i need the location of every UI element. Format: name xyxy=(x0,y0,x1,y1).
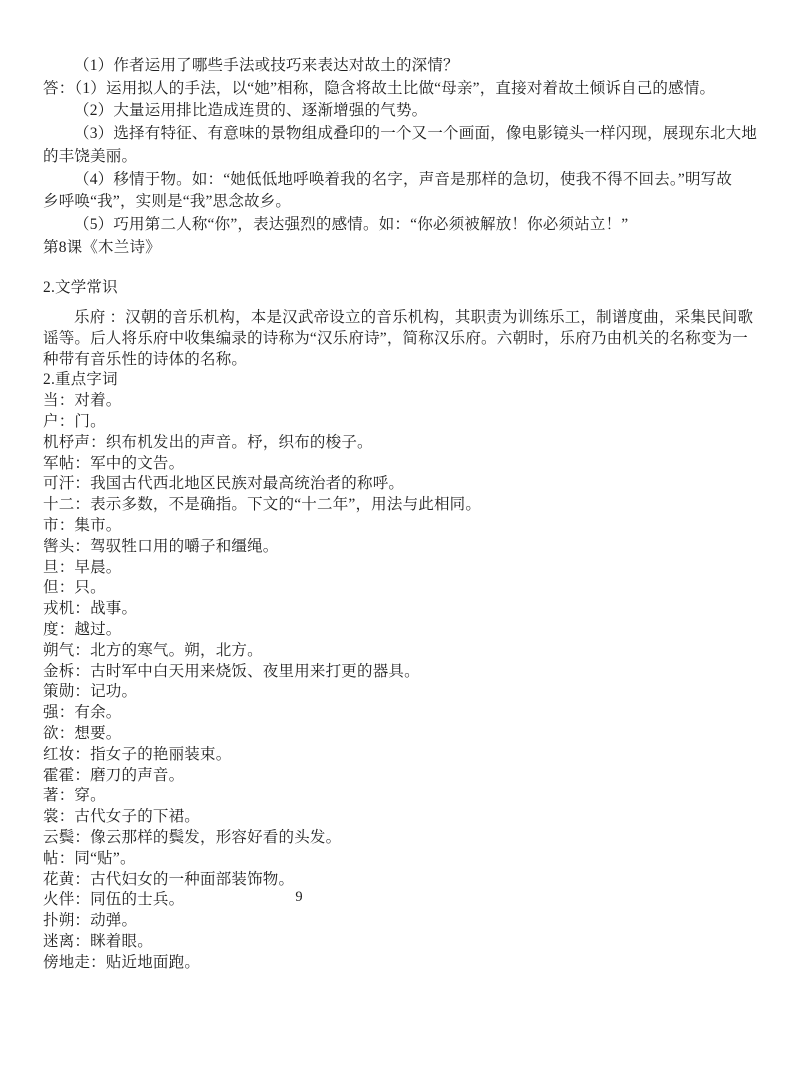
glossary-definition: 眯着眼。 xyxy=(90,933,153,950)
glossary-colon: ： xyxy=(59,787,75,804)
glossary-colon: ： xyxy=(74,642,90,659)
glossary-entry: 朔气：北方的寒气。朔，北方。 xyxy=(43,641,747,662)
glossary-colon: ： xyxy=(74,767,90,784)
glossary-colon: ： xyxy=(74,600,90,617)
glossary-colon: ： xyxy=(74,538,90,555)
glossary-colon: ： xyxy=(59,559,75,576)
glossary-definition: 越过。 xyxy=(74,621,121,638)
section-heading-literary: 2.文学常识 xyxy=(43,277,747,300)
glossary-term: 傍地走 xyxy=(43,954,90,971)
glossary-term: 旦 xyxy=(43,559,59,576)
glossary-term: 红妆 xyxy=(43,746,74,763)
glossary-term: 当 xyxy=(43,392,59,409)
qa-line: （1）作者运用了哪些手法或技巧来表达对故土的深情？ xyxy=(43,55,747,78)
glossary-term: 强 xyxy=(43,704,59,721)
lefu-paragraph: 乐府 ：汉朝的音乐机构，本是汉武帝设立的音乐机构，其职责为训练乐工，制谱度曲，采… xyxy=(43,308,747,370)
glossary-entry: 当：对着。 xyxy=(43,391,747,412)
glossary-entry: 红妆：指女子的艳丽装束。 xyxy=(43,745,747,766)
glossary-colon: ： xyxy=(74,829,90,846)
body-section: 乐府 ：汉朝的音乐机构，本是汉武帝设立的音乐机构，其职责为训练乐工，制谱度曲，采… xyxy=(43,308,747,974)
glossary-colon: ： xyxy=(59,579,75,596)
glossary-term: 著 xyxy=(43,787,59,804)
glossary-term: 戎机 xyxy=(43,600,74,617)
glossary-definition: 穿。 xyxy=(74,787,105,804)
glossary-term: 但 xyxy=(43,579,59,596)
glossary-definition: 军中的文告。 xyxy=(90,455,184,472)
glossary-colon: ： xyxy=(74,746,90,763)
glossary-definition: 动弹。 xyxy=(90,912,137,929)
glossary-term: 扑朔 xyxy=(43,912,74,929)
glossary-entry: 金柝：古时军中白天用来烧饭、夜里用来打更的器具。 xyxy=(43,662,747,683)
glossary-term: 策勋 xyxy=(43,683,74,700)
glossary-term: 火伴 xyxy=(43,891,74,908)
glossary-colon: ： xyxy=(59,392,75,409)
glossary-entry: 著：穿。 xyxy=(43,786,747,807)
glossary-term: 欲 xyxy=(43,725,59,742)
glossary-term: 霍霍 xyxy=(43,767,74,784)
glossary-definition: 对着。 xyxy=(74,392,121,409)
glossary-colon: ： xyxy=(74,933,90,950)
glossary-term: 金柝 xyxy=(43,663,74,680)
qa-line: （4）移情于物。如：“她低低地呼唤着我的名字，声音是那样的急切，使我不得不回去。… xyxy=(43,169,747,192)
glossary-colon: ： xyxy=(59,725,75,742)
vertical-spacer xyxy=(43,259,747,277)
glossary-definition: 北方的寒气。朔，北方。 xyxy=(90,642,263,659)
document-page: （1）作者运用了哪些手法或技巧来表达对故土的深情？答：（1）运用拟人的手法，以“… xyxy=(0,0,789,1082)
glossary-entry: 欲：想要。 xyxy=(43,724,747,745)
glossary-term: 机杼声 xyxy=(43,434,90,451)
glossary-definition: 磨刀的声音。 xyxy=(90,767,184,784)
glossary-term: 十二 xyxy=(43,496,74,513)
glossary-colon: ： xyxy=(74,683,90,700)
glossary-entry: 军帖：军中的文告。 xyxy=(43,454,747,475)
glossary-definition: 贴近地面跑。 xyxy=(106,954,200,971)
glossary-colon: ： xyxy=(59,850,75,867)
page-number: 9 xyxy=(286,889,312,906)
qa-line: 的丰饶美丽。 xyxy=(43,146,747,169)
paragraph-line: 种带有音乐性的诗体的名称。 xyxy=(43,350,747,371)
glossary-colon: ： xyxy=(74,475,90,492)
glossary-definition: 只。 xyxy=(74,579,105,596)
paragraph-line: 谣等。后人将乐府中收集编录的诗称为“汉乐府诗”，简称汉乐府。六朝时，乐府乃由机关… xyxy=(43,329,747,350)
qa-line: （5）巧用第二人称“你”，表达强烈的感情。如：“你必须被解放！你必须站立！” xyxy=(43,214,747,237)
glossary-term: 裳 xyxy=(43,808,59,825)
glossary-colon: ： xyxy=(90,954,106,971)
glossary-term: 可汗 xyxy=(43,475,74,492)
glossary-entry: 市：集市。 xyxy=(43,516,747,537)
glossary-colon: ： xyxy=(74,891,90,908)
glossary-definition: 有余。 xyxy=(74,704,121,721)
glossary-colon: ： xyxy=(74,455,90,472)
glossary-colon: ： xyxy=(59,517,75,534)
glossary-term: 户 xyxy=(43,413,59,430)
glossary-term: 朔气 xyxy=(43,642,74,659)
glossary-entry: 迷离：眯着眼。 xyxy=(43,932,747,953)
glossary-term: 帖 xyxy=(43,850,59,867)
glossary-colon: ： xyxy=(74,871,90,888)
glossary-entry: 辔头：驾驭牲口用的嚼子和缰绳。 xyxy=(43,537,747,558)
glossary-definition: 指女子的艳丽装束。 xyxy=(90,746,231,763)
glossary-colon: ： xyxy=(59,621,75,638)
vertical-spacer xyxy=(43,300,747,308)
glossary-term: 军帖 xyxy=(43,455,74,472)
glossary-entry: 云鬓：像云那样的鬓发，形容好看的头发。 xyxy=(43,828,747,849)
glossary-entry: 帖：同“贴”。 xyxy=(43,849,747,870)
glossary-entry: 戎机：战事。 xyxy=(43,599,747,620)
glossary-entry: 火伴：同伍的士兵。 xyxy=(43,890,747,911)
qa-line: 第8课《木兰诗》 xyxy=(43,237,747,260)
glossary-entry: 策勋：记功。 xyxy=(43,682,747,703)
paragraph-line: 乐府 ：汉朝的音乐机构，本是汉武帝设立的音乐机构，其职责为训练乐工，制谱度曲，采… xyxy=(43,308,747,329)
glossary-entry: 但：只。 xyxy=(43,578,747,599)
glossary-definition: 古时军中白天用来烧饭、夜里用来打更的器具。 xyxy=(90,663,420,680)
qa-line: 乡呼唤“我”，实则是“我”思念故乡。 xyxy=(43,191,747,214)
glossary-definition: 记功。 xyxy=(90,683,137,700)
glossary-definition: 想要。 xyxy=(74,725,121,742)
glossary-term: 辔头 xyxy=(43,538,74,555)
glossary-term: 市 xyxy=(43,517,59,534)
qa-section: （1）作者运用了哪些手法或技巧来表达对故土的深情？答：（1）运用拟人的手法，以“… xyxy=(43,55,747,259)
glossary-definition: 驾驭牲口用的嚼子和缰绳。 xyxy=(90,538,278,555)
glossary-list: 当：对着。户：门。机杼声：织布机发出的声音。杼，织布的梭子。军帖：军中的文告。可… xyxy=(43,391,747,973)
glossary-definition: 同“贴”。 xyxy=(74,850,135,867)
glossary-definition: 织布机发出的声音。杼，织布的梭子。 xyxy=(106,434,373,451)
glossary-entry: 度：越过。 xyxy=(43,620,747,641)
glossary-colon: ： xyxy=(59,808,75,825)
qa-line: （2）大量运用排比造成连贯的、逐渐增强的气势。 xyxy=(43,100,747,123)
glossary-colon: ： xyxy=(74,912,90,929)
qa-line: 答：（1）运用拟人的手法，以“她”相称，隐含将故土比做“母亲”，直接对着故土倾诉… xyxy=(43,78,747,101)
glossary-entry: 扑朔：动弹。 xyxy=(43,911,747,932)
glossary-definition: 表示多数，不是确指。下文的“十二年”，用法与此相同。 xyxy=(90,496,481,513)
glossary-colon: ： xyxy=(74,496,90,513)
glossary-term: 迷离 xyxy=(43,933,74,950)
glossary-definition: 战事。 xyxy=(90,600,137,617)
document-content: （1）作者运用了哪些手法或技巧来表达对故土的深情？答：（1）运用拟人的手法，以“… xyxy=(43,55,747,974)
glossary-entry: 裳：古代女子的下裙。 xyxy=(43,807,747,828)
section-heading-keywords: 2.重点字词 xyxy=(43,370,747,391)
glossary-entry: 傍地走：贴近地面跑。 xyxy=(43,953,747,974)
glossary-entry: 霍霍：磨刀的声音。 xyxy=(43,766,747,787)
glossary-term: 云鬓 xyxy=(43,829,74,846)
glossary-entry: 可汗：我国古代西北地区民族对最高统治者的称呼。 xyxy=(43,474,747,495)
glossary-definition: 古代妇女的一种面部装饰物。 xyxy=(90,871,294,888)
glossary-definition: 同伍的士兵。 xyxy=(90,891,184,908)
glossary-definition: 门。 xyxy=(74,413,105,430)
glossary-entry: 户：门。 xyxy=(43,412,747,433)
glossary-colon: ： xyxy=(59,704,75,721)
glossary-definition: 像云那样的鬓发，形容好看的头发。 xyxy=(90,829,341,846)
glossary-definition: 我国古代西北地区民族对最高统治者的称呼。 xyxy=(90,475,404,492)
glossary-colon: ： xyxy=(74,663,90,680)
glossary-entry: 机杼声：织布机发出的声音。杼，织布的梭子。 xyxy=(43,433,747,454)
glossary-entry: 花黄：古代妇女的一种面部装饰物。 xyxy=(43,870,747,891)
glossary-entry: 旦：早晨。 xyxy=(43,558,747,579)
glossary-term: 度 xyxy=(43,621,59,638)
glossary-colon: ： xyxy=(90,434,106,451)
qa-line: （3）选择有特征、有意味的景物组成叠印的一个又一个画面，像电影镜头一样闪现，展现… xyxy=(43,123,747,146)
glossary-entry: 强：有余。 xyxy=(43,703,747,724)
glossary-term: 花黄 xyxy=(43,871,74,888)
glossary-colon: ： xyxy=(59,413,75,430)
glossary-definition: 古代女子的下裙。 xyxy=(74,808,200,825)
glossary-definition: 集市。 xyxy=(74,517,121,534)
glossary-entry: 十二：表示多数，不是确指。下文的“十二年”，用法与此相同。 xyxy=(43,495,747,516)
glossary-definition: 早晨。 xyxy=(74,559,121,576)
